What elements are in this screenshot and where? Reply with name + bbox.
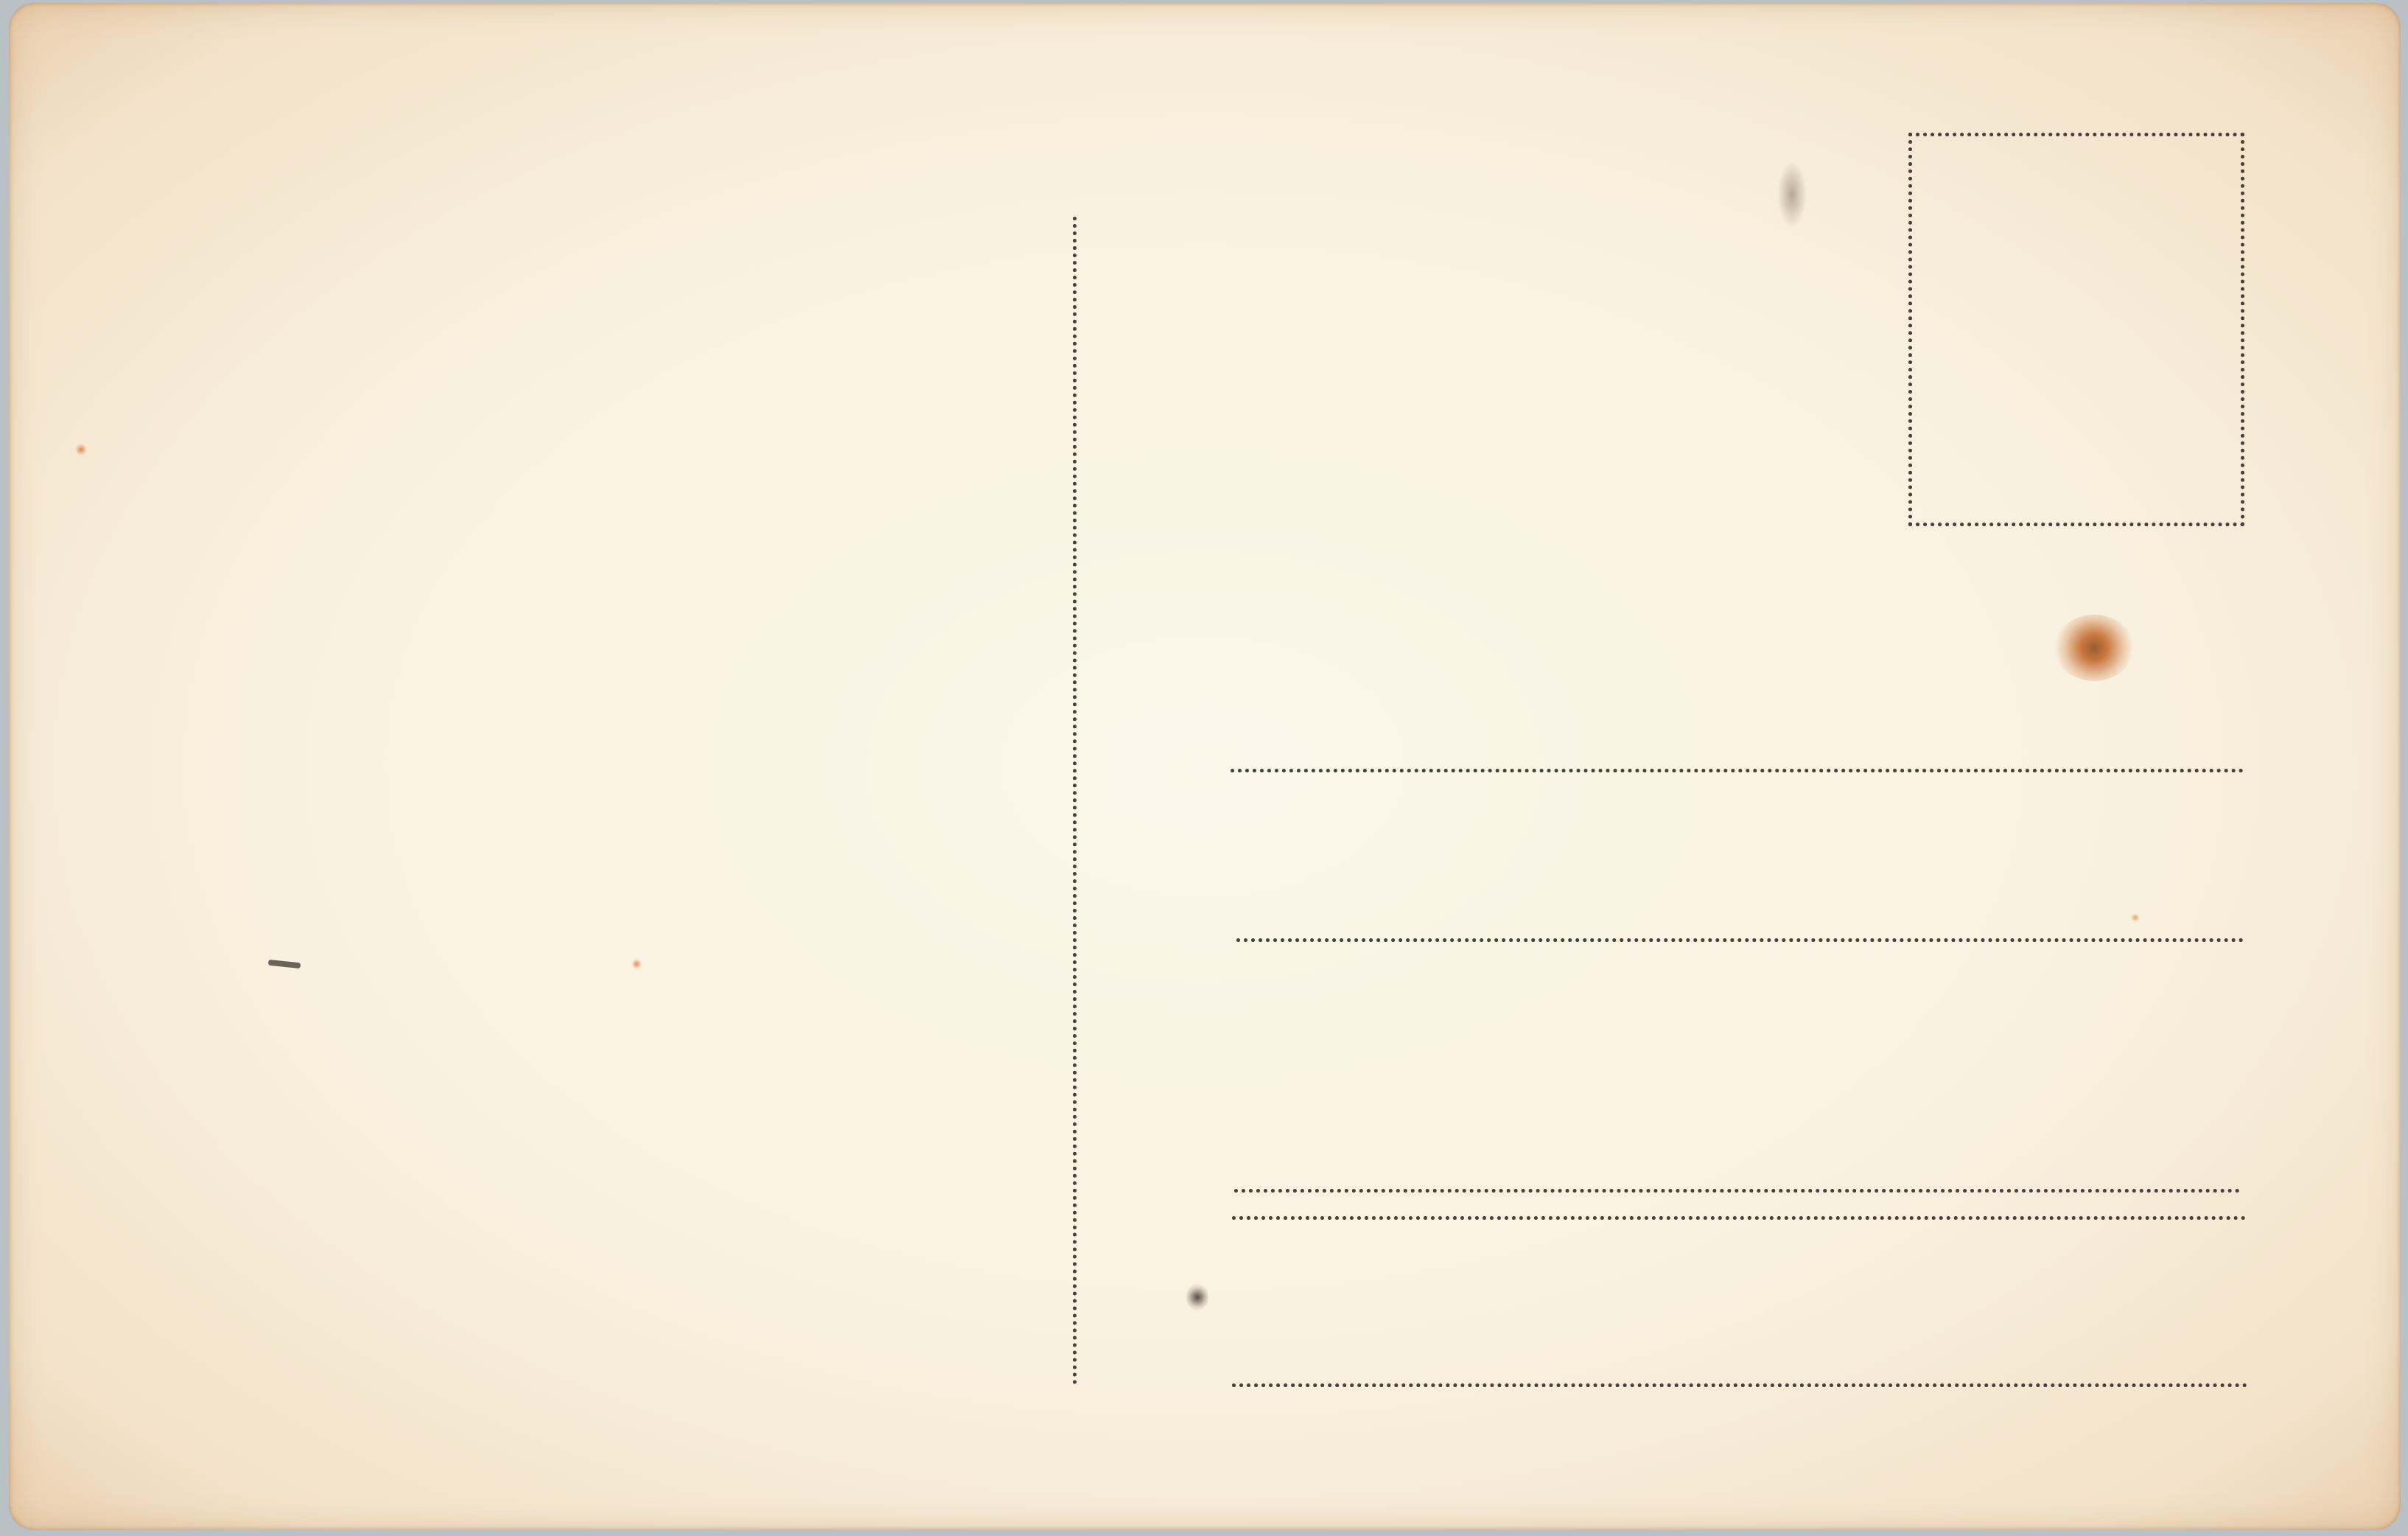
stamp-box [1908, 133, 2244, 526]
foxing-spot [631, 959, 642, 969]
address-line-3a [1234, 1189, 2240, 1193]
address-line-1 [1231, 769, 2244, 772]
center-divider [1073, 217, 1077, 1385]
foxing-spot [75, 444, 87, 455]
rust-stain [2054, 615, 2135, 681]
ink-smudge [1186, 1284, 1208, 1310]
postcard-back [9, 3, 2401, 1530]
ink-smudge [1777, 161, 1807, 228]
address-line-4 [1232, 1383, 2247, 1387]
address-line-2 [1236, 938, 2244, 942]
address-line-3b [1232, 1216, 2246, 1220]
foxing-spot [2131, 913, 2140, 922]
ink-mark [268, 960, 301, 969]
